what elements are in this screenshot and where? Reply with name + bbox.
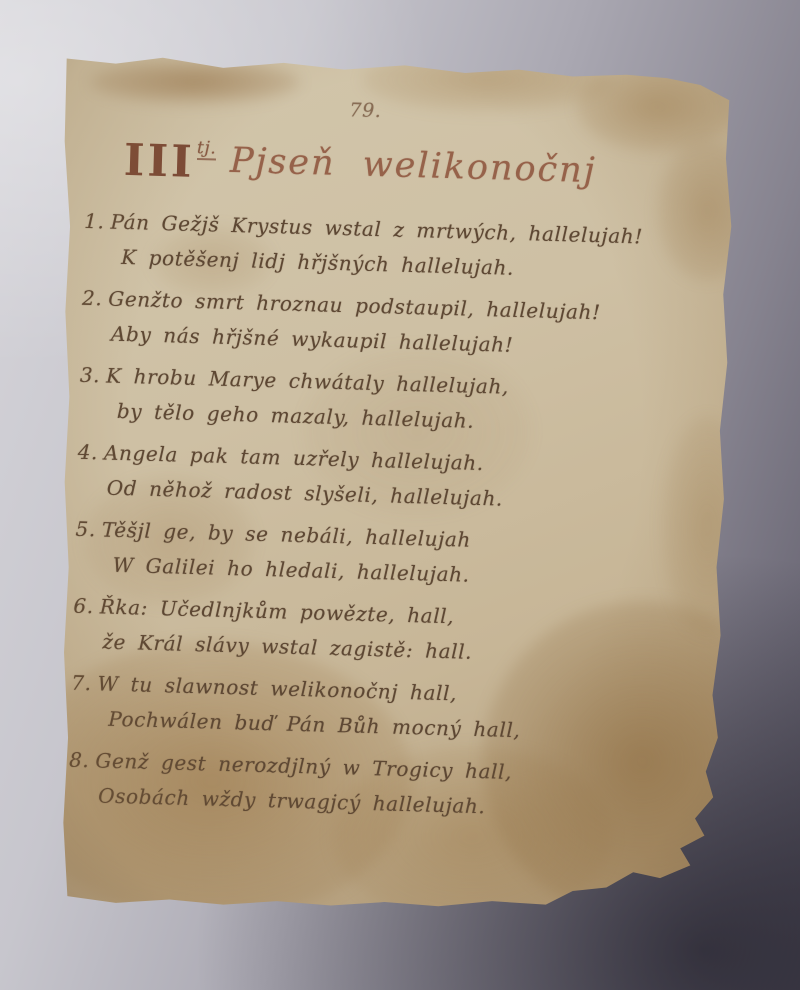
page-number: 79. — [349, 99, 382, 122]
stanza-6: 6.Řka: Učedlnjkům powězte, hall, že Král… — [72, 589, 710, 677]
stanza-number: 4. — [77, 435, 98, 471]
stanza-7: 7.W tu slawnost welikonočnj hall, Pochwá… — [70, 666, 708, 754]
verse-text: Těšjl ge, by se nebáli, hallelujah — [102, 517, 472, 551]
verse-text: W tu slawnost welikonočnj hall, — [97, 671, 457, 705]
manuscript-page: 79. IIItj.Pjseň welikonočnj 1.Pán Gežjš … — [62, 56, 734, 908]
stanza-number: 2. — [82, 281, 103, 317]
hymn-heading: IIItj.Pjseň welikonočnj — [123, 135, 597, 199]
stanza-list: 1.Pán Gežjš Krystus wstal z mrtwých, hal… — [68, 204, 721, 838]
stanza-number: 5. — [75, 512, 96, 548]
handwritten-content: 79. IIItj.Pjseň welikonočnj 1.Pán Gežjš … — [39, 55, 735, 925]
stanza-1: 1.Pán Gežjš Krystus wstal z mrtwých, hal… — [83, 204, 721, 292]
verse-text: Angela pak tam uzřely hallelujah. — [104, 440, 484, 475]
stanza-2: 2.Genžto smrt hroznau podstaupil, hallel… — [81, 281, 719, 369]
hymn-title: Pjseň welikonočnj — [229, 141, 597, 191]
stanza-4: 4.Angela pak tam uzřely hallelujah. Od n… — [76, 435, 714, 523]
stanza-number: 8. — [69, 743, 90, 779]
stanza-number: 3. — [79, 358, 100, 394]
stanza-5: 5.Těšjl ge, by se nebáli, hallelujah W G… — [74, 512, 712, 600]
stanza-8: 8.Genž gest nerozdjlný w Trogicy hall, O… — [68, 743, 706, 831]
stanza-number: 6. — [73, 589, 94, 625]
stanza-number: 7. — [71, 666, 92, 702]
verse-text: Genž gest nerozdjlný w Trogicy hall, — [95, 748, 512, 784]
verse-text: Řka: Učedlnjkům powězte, hall, — [99, 594, 454, 628]
verse-text: K hrobu Marye chwátaly hallelujah, — [106, 364, 509, 399]
hymn-numeral: III — [123, 135, 195, 188]
stanza-number: 1. — [84, 204, 105, 240]
photo-background: 79. IIItj.Pjseň welikonočnj 1.Pán Gežjš … — [0, 0, 800, 990]
hymn-numeral-superscript: tj. — [197, 138, 217, 161]
stanza-3: 3.K hrobu Marye chwátaly hallelujah, by … — [78, 358, 716, 446]
